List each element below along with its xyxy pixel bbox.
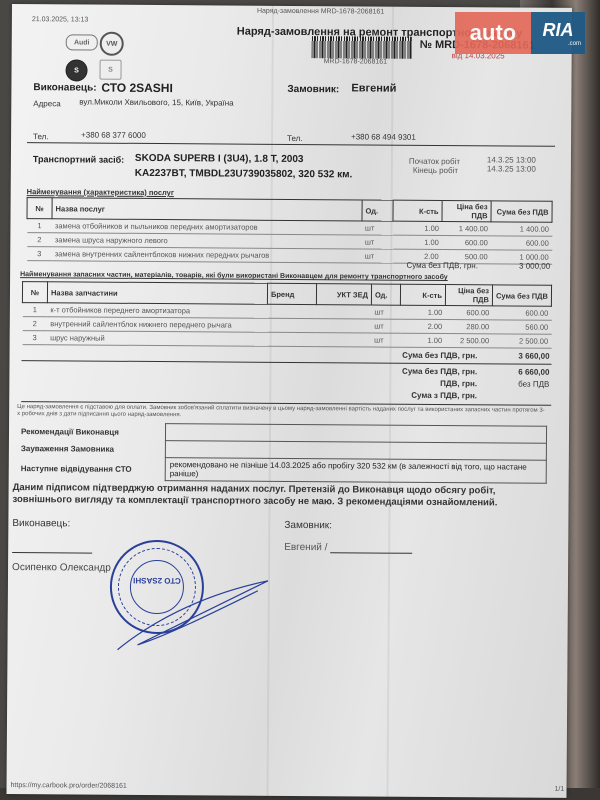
vehicle-model: SKODA SUPERB I (3U4), 1.8 T, 2003 — [135, 153, 304, 165]
barcode — [312, 36, 412, 59]
vat-label: ПДВ, грн. — [440, 379, 477, 388]
autoria-watermark: auto RIA .com — [455, 12, 585, 54]
customer-phone-label: Тел. — [287, 134, 303, 143]
col-number: № — [27, 198, 52, 219]
gross-total: Сума з ПДВ, грн. — [309, 390, 549, 401]
paper-crease — [266, 6, 274, 796]
top-reference: Наряд-замовлення MRD-1678-2068161 — [257, 8, 384, 16]
vehicle-details: KA2237BT, TMBDL23U739035802, 320 532 км. — [135, 168, 353, 181]
cell-brand — [267, 304, 316, 318]
handwritten-signature — [107, 565, 278, 656]
cell-part-name: к-т отбойников переднего амортизатора — [47, 303, 267, 319]
cell-uktzed — [316, 319, 371, 333]
services-total-label: Сума без ПДВ, грн. — [406, 261, 478, 270]
vehicle-label: Транспортний засіб: — [33, 154, 124, 165]
cell-number: 1 — [27, 219, 52, 233]
watermark-ria: RIA .com — [531, 12, 585, 54]
contractor-name: СТО 2SASHI — [101, 81, 173, 95]
col-uktzed: УКТ ЗЕД — [316, 284, 371, 305]
barcode-text: MRD-1678-2068161 — [324, 58, 387, 65]
paper-crease — [386, 7, 394, 797]
watermark-ria-text: RIA — [543, 20, 574, 41]
cell-uktzed — [316, 333, 371, 347]
recommendation-label: Наступне відвідування СТО — [17, 457, 166, 481]
start-label: Початок робіт — [409, 157, 460, 166]
recommendation-label: Рекомендації Виконавця — [17, 423, 166, 441]
cell-price: 280.00 — [445, 320, 492, 334]
net-total: Сума без ПДВ, грн. 6 660,00 — [309, 366, 549, 377]
col-service-name: Назва послуг — [52, 198, 362, 221]
net-total-label: Сума без ПДВ, грн. — [402, 367, 477, 377]
gross-total-label: Сума з ПДВ, грн. — [411, 391, 477, 400]
cell-number: 2 — [27, 233, 52, 247]
net-total-value: 6 660,00 — [479, 367, 549, 376]
contractor-signature-label: Виконавець: — [12, 518, 70, 529]
col-sum: Сума без ПДВ — [492, 285, 551, 306]
customer-signature-label: Замовник: — [284, 520, 332, 531]
customer-label: Замовник: — [287, 84, 339, 95]
cell-part-name: внутренний сайлентблок нижнего переднего… — [47, 317, 267, 333]
recommendations-table: Рекомендації ВиконавцяЗауваження Замовни… — [17, 422, 547, 484]
services-total: Сума без ПДВ, грн. 3 000,00 — [310, 260, 550, 271]
cell-number: 2 — [22, 317, 47, 331]
watermark-domain: .com — [568, 41, 581, 47]
recommendation-label: Зауваження Замовника — [17, 440, 166, 458]
services-total-value: 3 000,00 — [480, 261, 550, 270]
cell-price: 600.00 — [442, 236, 491, 250]
cell-unit: шт — [371, 305, 400, 319]
services-section-title: Найменування (характеристика) послуг — [27, 187, 174, 197]
cell-sum: 600.00 — [492, 306, 551, 320]
customer-phone: +380 68 494 9301 — [351, 132, 416, 141]
cell-sum: 560.00 — [492, 320, 551, 334]
cell-sum: 600.00 — [491, 236, 552, 250]
customer-signer-name: Евгений / — [284, 542, 327, 553]
start-value: 14.3.25 13:00 — [487, 155, 536, 164]
contractor-signature-line — [12, 552, 92, 554]
vat-value: без ПДВ — [479, 379, 549, 388]
contractor-phone: +380 68 377 6000 — [81, 130, 146, 139]
recommendation-row: Наступне відвідування СТОрекомендовано н… — [17, 457, 547, 484]
contractor-signer-name: Осипенко Олександр — [12, 562, 111, 574]
col-unit: Од. — [362, 200, 393, 221]
payment-note: Це наряд-замовлення є підставою для опла… — [17, 404, 547, 422]
cell-price: 2 500.00 — [445, 334, 492, 348]
cell-unit: шт — [371, 333, 400, 347]
col-quantity: К-сть — [400, 284, 445, 305]
cell-quantity: 2.00 — [400, 319, 445, 333]
parts-table: № Назва запчастини Бренд УКТ ЗЕД Од. К-с… — [22, 281, 552, 349]
parts-total-value: 3 660,00 — [480, 351, 550, 360]
address-label: Адреса — [33, 99, 60, 108]
cell-unit: шт — [371, 319, 400, 333]
footer-url: https://my.carbook.pro/order/2068161 — [11, 782, 127, 790]
col-quantity: К-сть — [393, 200, 442, 221]
col-part-name: Назва запчастини — [47, 282, 267, 305]
cell-price: 600.00 — [445, 306, 492, 320]
cell-unit: шт — [362, 221, 393, 235]
cell-quantity: 1.00 — [400, 333, 445, 347]
seat-logo: S — [99, 60, 121, 80]
contractor-label: Виконавець: — [33, 82, 96, 93]
customer-name: Евгений — [351, 82, 396, 94]
cell-sum: 2 500.00 — [492, 334, 551, 348]
col-sum: Сума без ПДВ — [491, 201, 552, 222]
cell-part-name: шрус наружный — [47, 331, 267, 347]
col-unit: Од. — [371, 284, 400, 305]
end-label: Кінець робіт — [413, 166, 458, 175]
col-brand: Бренд — [267, 283, 316, 304]
contractor-phone-label: Тел. — [33, 132, 49, 141]
watermark-auto: auto — [455, 12, 531, 54]
cell-quantity: 1.00 — [393, 235, 442, 249]
cell-number: 3 — [22, 331, 47, 345]
work-order-document: 21.03.2025, 13:13 Наряд-замовлення MRD-1… — [6, 4, 572, 798]
recommendation-value: рекомендовано не пізніше 14.03.2025 або … — [165, 458, 546, 484]
parts-total-label: Сума без ПДВ, грн. — [402, 351, 477, 361]
divider — [22, 360, 552, 365]
end-value: 14.3.25 13:00 — [487, 164, 536, 173]
customer-signature-line — [330, 552, 412, 554]
services-table: № Назва послуг Од. К-сть Ціна без ПДВ Су… — [26, 197, 552, 265]
cell-unit: шт — [362, 235, 393, 249]
cell-uktzed — [316, 305, 371, 319]
contractor-address: вул.Миколи Хвильового, 15, Київ, Україна — [79, 97, 233, 107]
vat-total: ПДВ, грн. без ПДВ — [309, 378, 549, 389]
confirmation-text: Даним підписом підтверджую отримання над… — [12, 482, 552, 510]
cell-quantity: 1.00 — [400, 305, 445, 319]
cell-price: 1 400.00 — [442, 222, 491, 236]
cell-number: 3 — [27, 247, 52, 261]
cell-number: 1 — [22, 303, 47, 317]
col-number: № — [22, 282, 47, 303]
parts-section-title: Найменування запасних частин, матеріалів… — [20, 271, 448, 281]
skoda-logo: S — [65, 59, 87, 81]
cell-sum: 1 400.00 — [491, 222, 552, 236]
vw-logo: VW — [100, 32, 124, 56]
cell-brand — [267, 318, 316, 332]
parts-total: Сума без ПДВ, грн. 3 660,00 — [310, 350, 550, 361]
page-number: 1/1 — [555, 786, 565, 793]
col-price: Ціна без ПДВ — [445, 285, 492, 306]
cell-brand — [267, 332, 316, 346]
audi-logo: Audi — [66, 34, 98, 50]
col-price: Ціна без ПДВ — [442, 201, 491, 222]
table-row: 3шрус наружныйшт1.002 500.002 500.00 — [22, 331, 551, 349]
cell-quantity: 1.00 — [393, 221, 442, 235]
print-datetime: 21.03.2025, 13:13 — [32, 16, 89, 23]
